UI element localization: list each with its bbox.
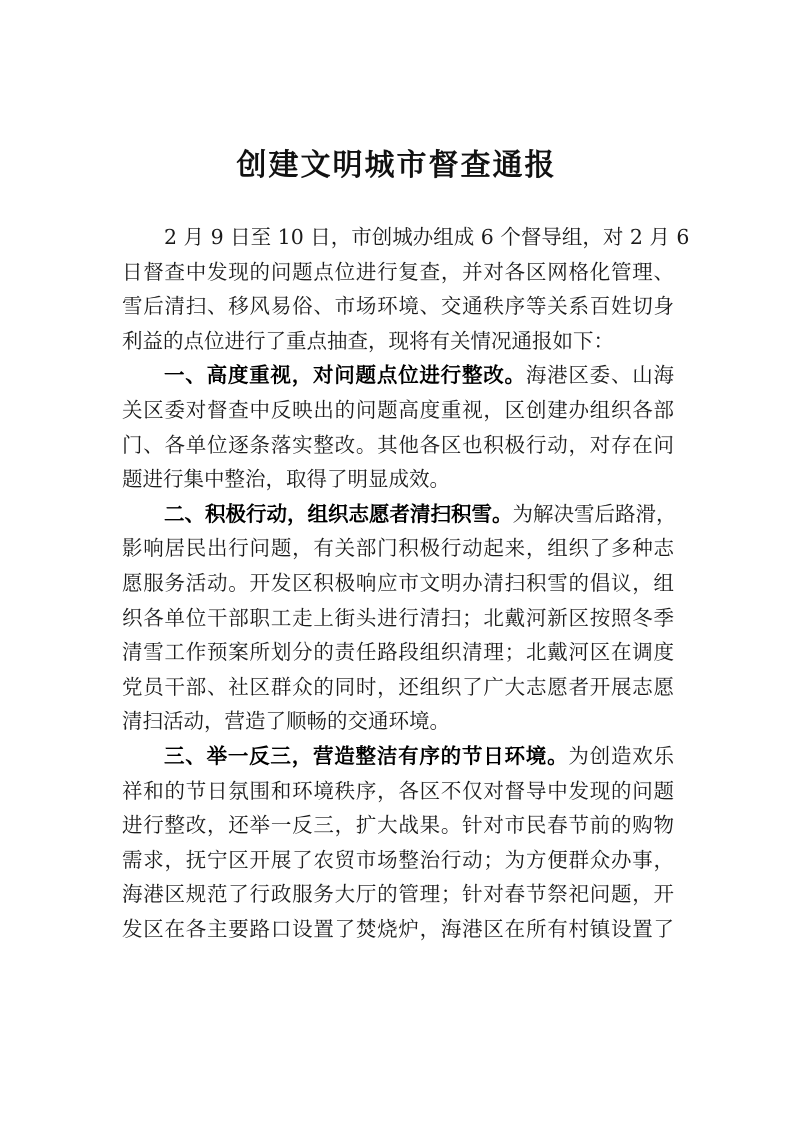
text-line: 海港区规范了行政服务大厅的管理；针对春节祭祀问题，开 [122, 877, 674, 912]
document-page: 创建文明城市督查通报 2 月 9 日至 10 日，市创城办组成 6 个督导组，对… [0, 0, 793, 1122]
text-line: 清扫活动，营造了顺畅的交通环境。 [122, 704, 674, 739]
section-heading-line: 二、积极行动，组织志愿者清扫积雪。为解决雪后路滑， [122, 497, 674, 532]
section-heading-line: 三、举一反三，营造整洁有序的节日环境。为创造欢乐 [122, 739, 674, 774]
section-heading-2: 二、积极行动，组织志愿者清扫积雪。 [164, 502, 513, 526]
text-run: 海港区委、山海 [526, 363, 674, 387]
text-line: 祥和的节日氛围和环境秩序，各区不仅对督导中发现的问题 [122, 774, 674, 809]
text-line: 关区委对督查中反映出的问题高度重视，区创建办组织各部 [122, 393, 674, 428]
section-heading-3: 三、举一反三，营造整洁有序的节日环境。 [164, 744, 568, 768]
section-heading-line: 一、高度重视，对问题点位进行整改。海港区委、山海 [122, 358, 674, 393]
text-line: 织各单位干部职工走上街头进行清扫；北戴河新区按照冬季 [122, 601, 674, 636]
text-line: 进行整改，还举一反三，扩大战果。针对市民春节前的购物 [122, 808, 674, 843]
section-heading-1: 一、高度重视，对问题点位进行整改。 [164, 363, 526, 387]
text-run: 为创造欢乐 [568, 744, 674, 768]
text-line: 2 月 9 日至 10 日，市创城办组成 6 个督导组，对 2 月 6 [122, 220, 674, 255]
text-line: 影响居民出行问题，有关部门积极行动起来，组织了多种志 [122, 531, 674, 566]
text-line: 发区在各主要路口设置了焚烧炉，海港区在所有村镇设置了 [122, 912, 674, 947]
text-line: 清雪工作预案所划分的责任路段组织清理；北戴河区在调度 [122, 635, 674, 670]
text-line: 需求，抚宁区开展了农贸市场整治行动；为方便群众办事， [122, 843, 674, 878]
document-body: 2 月 9 日至 10 日，市创城办组成 6 个督导组，对 2 月 6 日督查中… [122, 220, 674, 946]
text-line: 利益的点位进行了重点抽查，现将有关情况通报如下： [122, 324, 674, 359]
text-line: 题进行集中整治，取得了明显成效。 [122, 462, 674, 497]
text-run: 为解决雪后路滑， [513, 502, 677, 526]
text-line: 雪后清扫、移风易俗、市场环境、交通秩序等关系百姓切身 [122, 289, 674, 324]
document-title: 创建文明城市督查通报 [0, 140, 793, 184]
text-line: 日督查中发现的问题点位进行复查，并对各区网格化管理、 [122, 255, 674, 290]
text-line: 党员干部、社区群众的同时，还组织了广大志愿者开展志愿 [122, 670, 674, 705]
text-line: 愿服务活动。开发区积极响应市文明办清扫积雪的倡议，组 [122, 566, 674, 601]
text-line: 门、各单位逐条落实整改。其他各区也积极行动，对存在问 [122, 428, 674, 463]
